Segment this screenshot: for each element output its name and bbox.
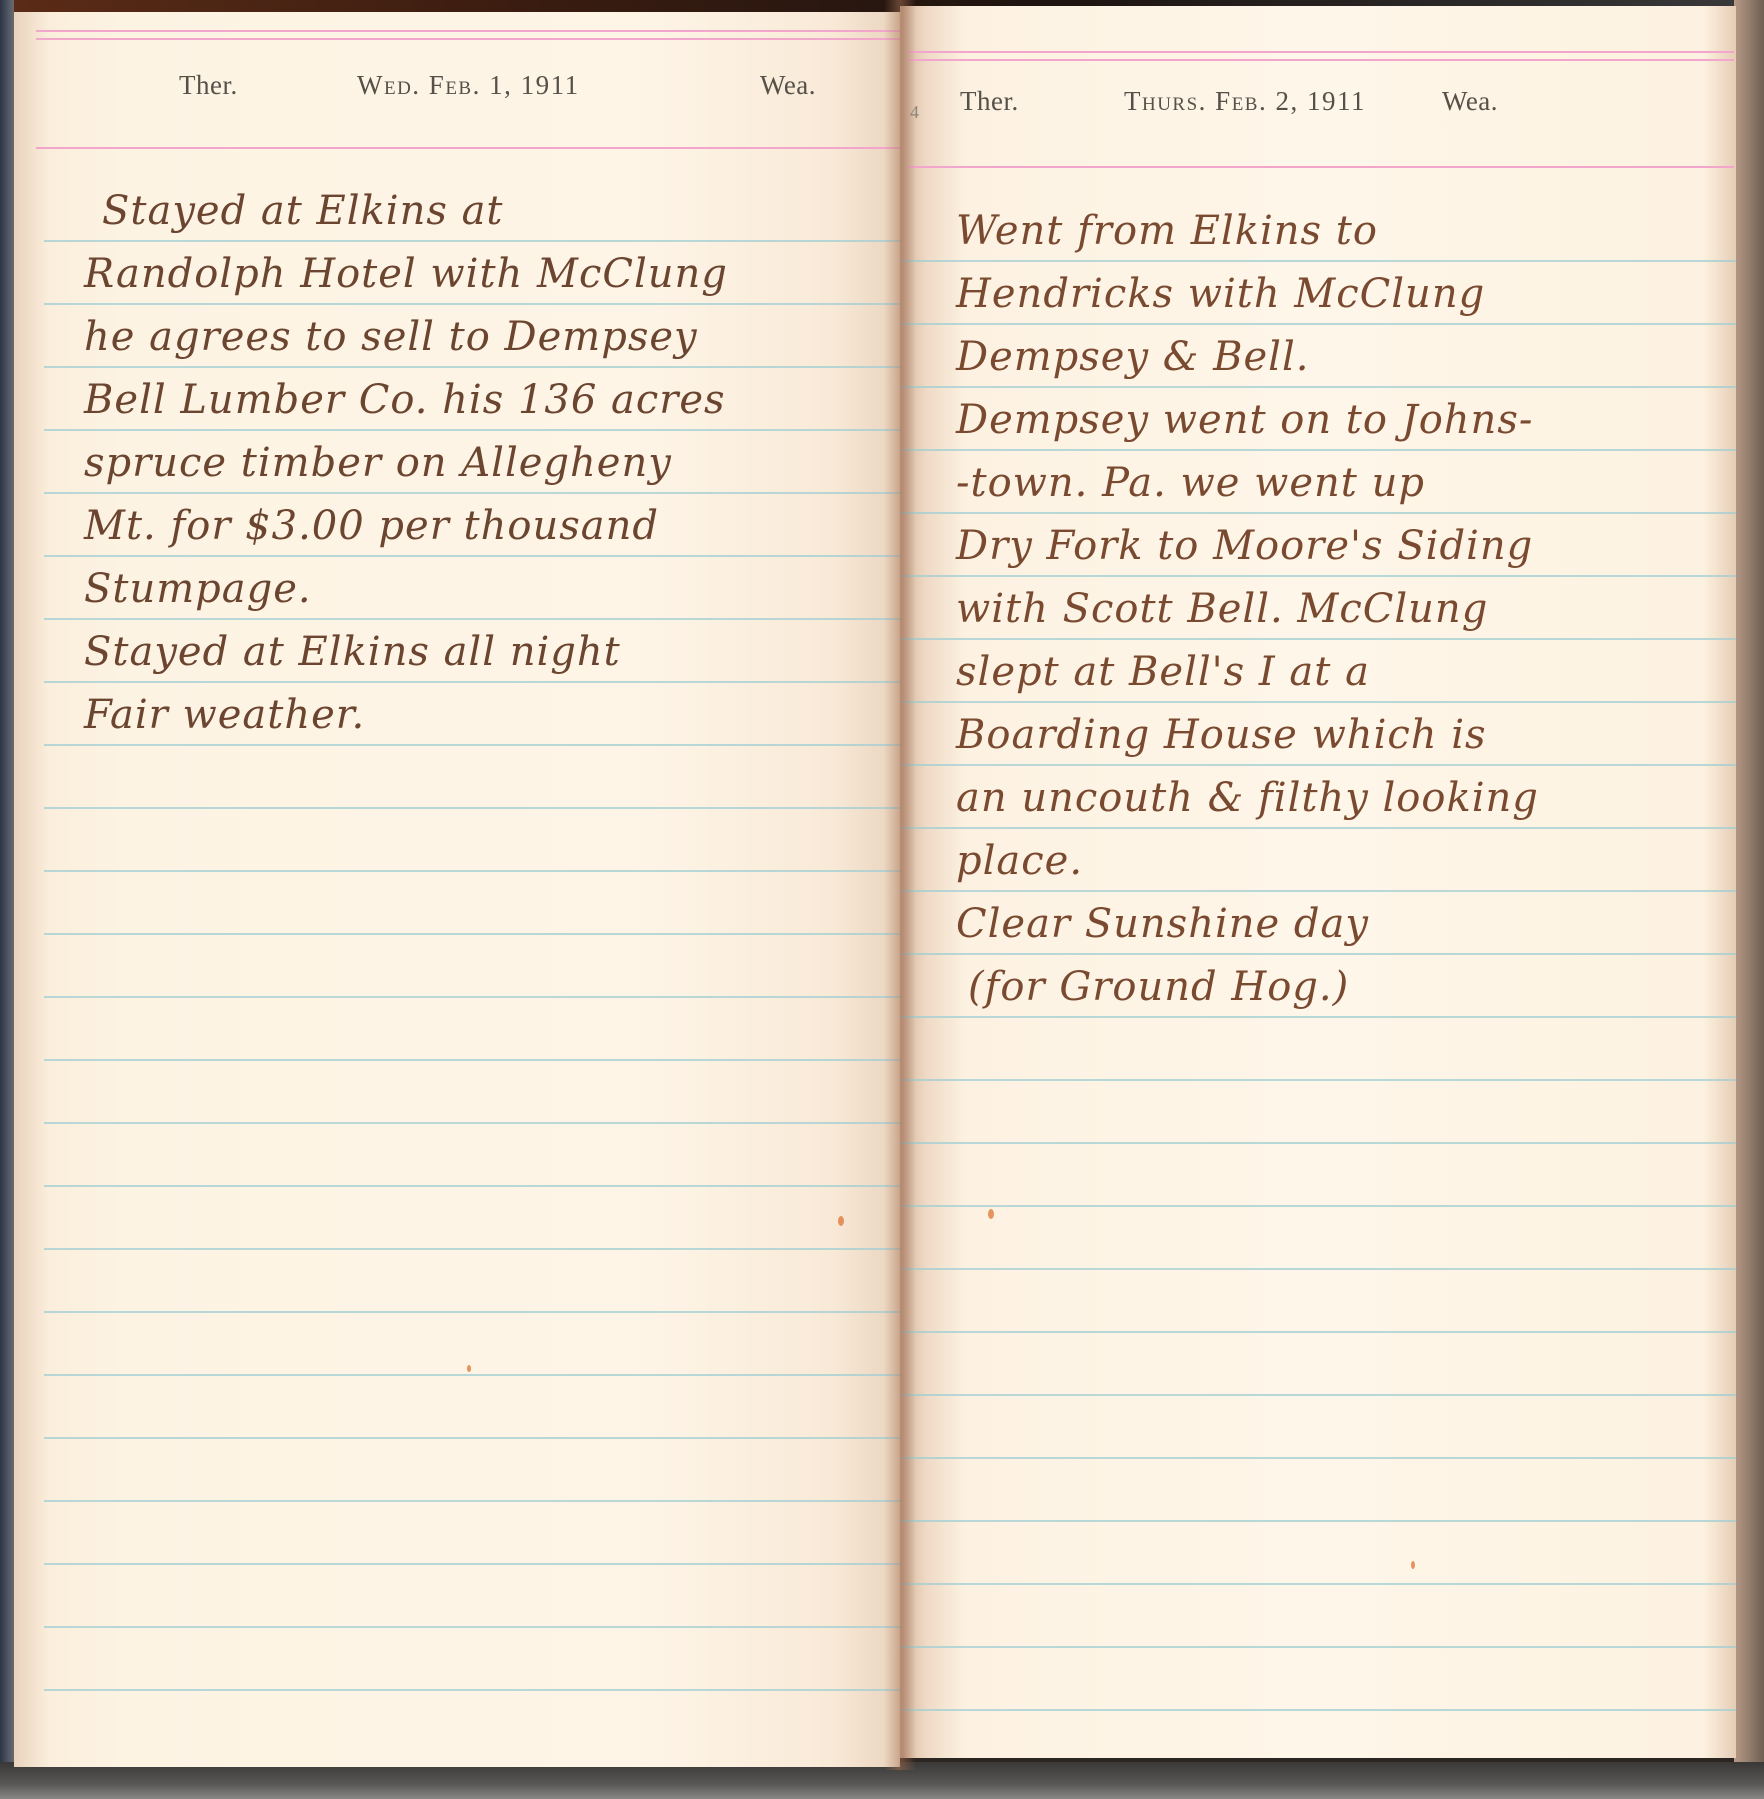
- entry-line: an uncouth & filthy looking: [956, 767, 1539, 830]
- ruled-line: [44, 870, 900, 872]
- entry-line: -town. Pa. we went up: [956, 452, 1539, 515]
- pink-header-rule-top-double: [908, 59, 1734, 61]
- ink-stain: [467, 1365, 471, 1372]
- ruled-line: [44, 1185, 900, 1187]
- ruled-line: [44, 807, 900, 809]
- weather-label: Wea.: [760, 70, 816, 101]
- ruled-line: [900, 1457, 1736, 1459]
- weather-label: Wea.: [1442, 86, 1498, 117]
- ruled-line: [44, 1626, 900, 1628]
- ruled-line: [44, 1689, 900, 1691]
- entry-line: Bell Lumber Co. his 136 acres: [84, 369, 728, 432]
- ruled-line: [900, 1079, 1736, 1081]
- ink-stain: [988, 1209, 994, 1219]
- thermometer-label: Ther.: [960, 86, 1019, 117]
- entry-date: Thurs. Feb. 2, 1911: [1124, 86, 1366, 117]
- entry-line: Dempsey went on to Johns-: [956, 389, 1539, 452]
- entry-line: Clear Sunshine day: [956, 893, 1539, 956]
- entry-line: Dempsey & Bell.: [956, 326, 1539, 389]
- book-cover-bottom: [0, 1762, 1764, 1799]
- ruled-line: [44, 1500, 900, 1502]
- pink-header-rule-top: [908, 51, 1734, 53]
- ink-stain: [838, 1216, 844, 1226]
- pink-header-rule-top-double: [36, 38, 900, 40]
- entry-line: (for Ground Hog.): [956, 956, 1539, 1019]
- ruled-line: [900, 1268, 1736, 1270]
- ruled-line: [900, 1142, 1736, 1144]
- ink-stain: [1411, 1561, 1415, 1569]
- entry-date: Wed. Feb. 1, 1911: [357, 70, 580, 101]
- thermometer-label: Ther.: [179, 70, 238, 101]
- ruled-line: [44, 1374, 900, 1376]
- book-spine-edge-left: [0, 0, 14, 1799]
- ruled-line: [44, 933, 900, 935]
- ruled-line: [900, 1394, 1736, 1396]
- page-header: Ther. Wed. Feb. 1, 1911 Wea.: [14, 70, 900, 110]
- pink-header-rule-bottom: [908, 166, 1734, 168]
- pink-header-rule-top: [36, 30, 900, 32]
- ruled-line: [44, 1248, 900, 1250]
- entry-line: Randolph Hotel with McClung: [84, 243, 728, 306]
- entry-line: Went from Elkins to: [956, 200, 1539, 263]
- diary-page-right: 4 Ther. Thurs. Feb. 2, 1911 Wea. Went fr…: [900, 6, 1736, 1758]
- entry-line: he agrees to sell to Dempsey: [84, 306, 728, 369]
- entry-line: Mt. for $3.00 per thousand: [84, 495, 728, 558]
- entry-line: Stumpage.: [84, 558, 728, 621]
- ruled-line: [900, 1709, 1736, 1711]
- entry-line: Hendricks with McClung: [956, 263, 1539, 326]
- diary-entry-text: Went from Elkins to Hendricks with McClu…: [956, 200, 1539, 1019]
- pink-header-rule-bottom: [36, 147, 900, 149]
- entry-line: Dry Fork to Moore's Siding: [956, 515, 1539, 578]
- page-header: Ther. Thurs. Feb. 2, 1911 Wea.: [900, 86, 1736, 126]
- entry-line: Fair weather.: [84, 684, 728, 747]
- entry-line: with Scott Bell. McClung: [956, 578, 1539, 641]
- entry-line: slept at Bell's I at a: [956, 641, 1539, 704]
- ruled-line: [900, 1646, 1736, 1648]
- ruled-line: [900, 1205, 1736, 1207]
- entry-line: spruce timber on Allegheny: [84, 432, 728, 495]
- book-page-edges-right: [1734, 0, 1764, 1799]
- ruled-line: [44, 1437, 900, 1439]
- ruled-line: [900, 1331, 1736, 1333]
- ruled-line: [44, 1122, 900, 1124]
- ruled-line: [44, 1311, 900, 1313]
- entry-line: Stayed at Elkins at: [84, 180, 728, 243]
- entry-line: place.: [956, 830, 1539, 893]
- ruled-line: [900, 1583, 1736, 1585]
- ruled-line: [44, 996, 900, 998]
- diary-page-left: Ther. Wed. Feb. 1, 1911 Wea. Stayed at E…: [14, 12, 900, 1767]
- entry-line: Boarding House which is: [956, 704, 1539, 767]
- entry-line: Stayed at Elkins all night: [84, 621, 728, 684]
- diary-entry-text: Stayed at Elkins at Randolph Hotel with …: [84, 180, 728, 747]
- ruled-line: [44, 1059, 900, 1061]
- ruled-line: [900, 1520, 1736, 1522]
- ruled-line: [44, 1563, 900, 1565]
